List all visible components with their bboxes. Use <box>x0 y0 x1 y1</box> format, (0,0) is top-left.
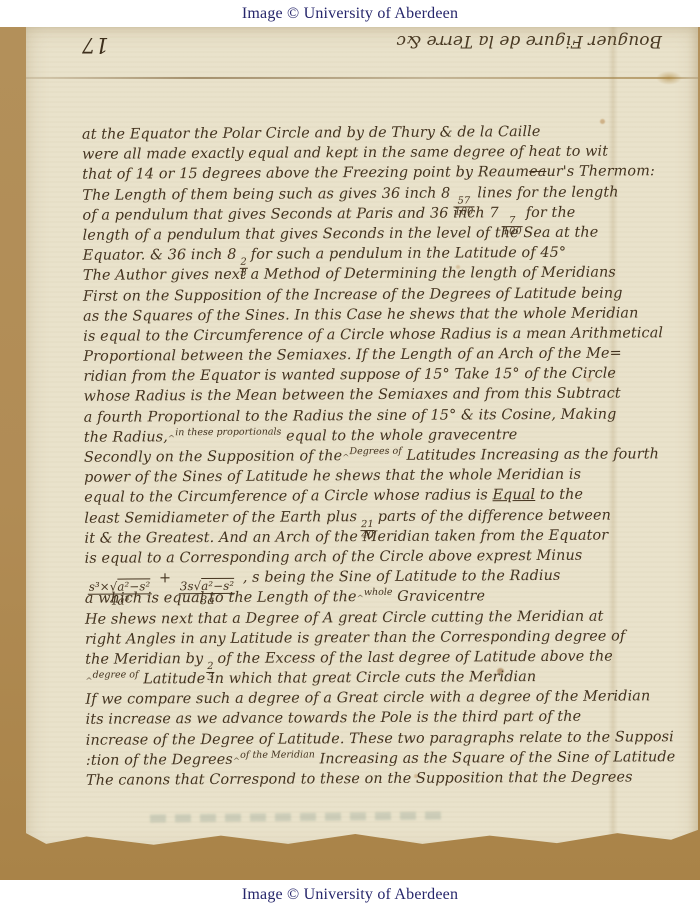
manuscript-line: The Length of them being such as gives 3… <box>82 182 662 206</box>
corner-crease <box>656 71 682 85</box>
page-number-inverted: 17 <box>82 33 109 57</box>
manuscript-line: the Meridian by23of the Excess of the la… <box>85 646 665 670</box>
manuscript-line: a fourth Proportional to the Radius the … <box>84 404 664 428</box>
horizontal-fold-crease <box>26 77 698 79</box>
manuscript-line: length of a pendulum that gives Seconds … <box>83 222 663 246</box>
bottom-caption-text: Image © University of Aberdeen <box>242 886 458 904</box>
bottom-caption-band: Image © University of Aberdeen <box>0 880 700 910</box>
top-caption-band: Image © University of Aberdeen <box>0 0 700 27</box>
manuscript-lines: at the Equator the Polar Circle and by d… <box>82 121 666 791</box>
ink-showthrough <box>150 811 450 822</box>
manuscript-line: is equal to a Corresponding arch of the … <box>85 545 665 569</box>
manuscript-paper: 17 Bouguer Figure de la Terre &c at the … <box>26 27 698 853</box>
photo-background: 17 Bouguer Figure de la Terre &c at the … <box>0 27 700 880</box>
manuscript-line: The canons that Correspond to these on t… <box>86 767 666 791</box>
manuscript-line: The Author gives next a Method of Determ… <box>83 263 663 287</box>
top-caption-text: Image © University of Aberdeen <box>242 5 458 23</box>
caret-mark: ^ <box>342 453 349 463</box>
